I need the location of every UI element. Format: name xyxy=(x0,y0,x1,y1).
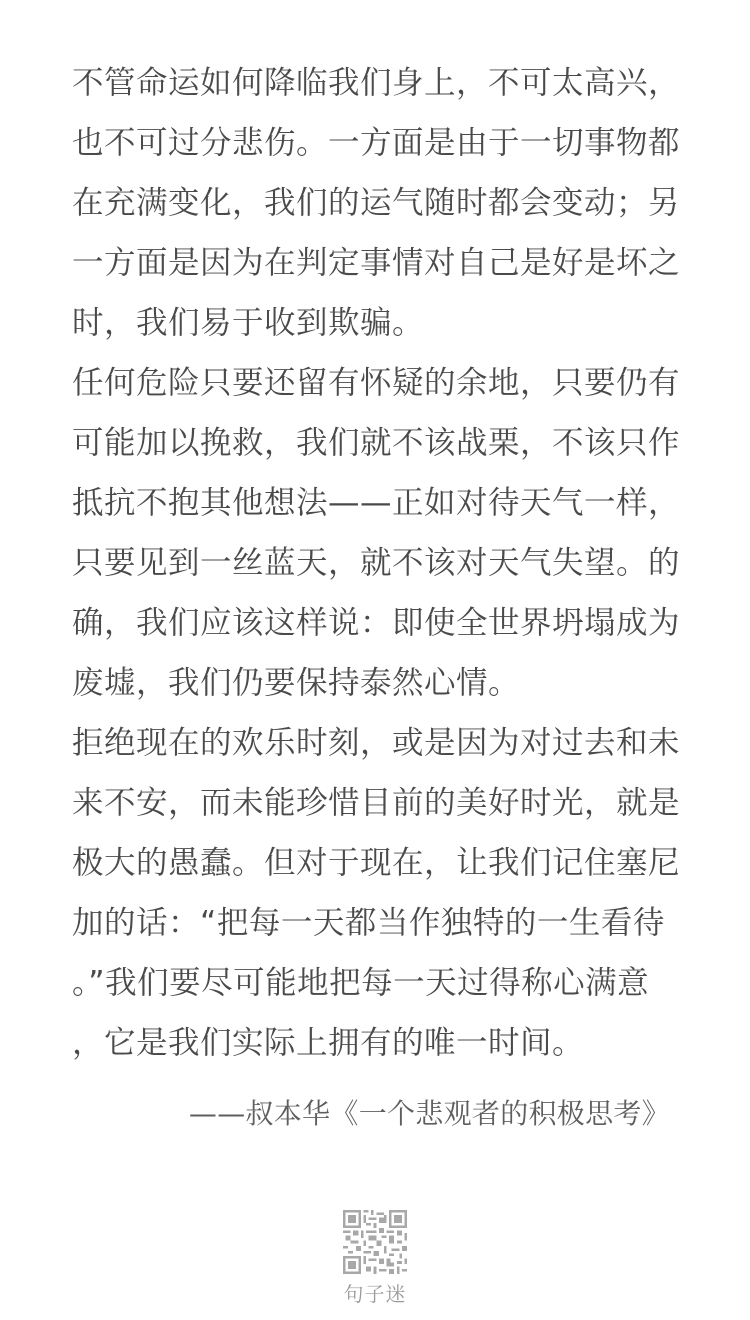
paragraph-2: 任何危险只要还留有怀疑的余地，只要仍有 可能加以挽救，我们就不该战栗，不该只作 … xyxy=(72,353,682,713)
text-line: 加的话：“把每一天都当作独特的一生看待 xyxy=(72,893,682,953)
qr-code-icon xyxy=(343,1210,407,1274)
text-line: 。”我们要尽可能地把每一天过得称心满意 xyxy=(72,953,682,1013)
text-line: 可能加以挽救，我们就不该战栗，不该只作 xyxy=(72,413,682,473)
text-line: 来不安，而未能珍惜目前的美好时光，就是 xyxy=(72,773,682,833)
text-line: 不管命运如何降临我们身上，不可太高兴， xyxy=(72,53,682,113)
paragraph-3: 拒绝现在的欢乐时刻，或是因为对过去和未 来不安，而未能珍惜目前的美好时光，就是 … xyxy=(72,713,682,1073)
text-line: 时，我们易于收到欺骗。 xyxy=(72,293,682,353)
text-line: 在充满变化，我们的运气随时都会变动；另 xyxy=(72,173,682,233)
text-line: 一方面是因为在判定事情对自己是好是坏之 xyxy=(72,233,682,293)
footer-watermark: 句子迷 xyxy=(340,1210,410,1307)
text-line: 废墟，我们仍要保持泰然心情。 xyxy=(72,653,682,713)
text-line: 任何危险只要还留有怀疑的余地，只要仍有 xyxy=(72,353,682,413)
brand-label: 句子迷 xyxy=(340,1278,410,1307)
text-line: 只要见到一丝蓝天，就不该对天气失望。的 xyxy=(72,533,682,593)
text-line: ，它是我们实际上拥有的唯一时间。 xyxy=(72,1013,682,1073)
text-line: 确，我们应该这样说：即使全世界坍塌成为 xyxy=(72,593,682,653)
text-line: 极大的愚蠢。但对于现在，让我们记住塞尼 xyxy=(72,833,682,893)
quote-body: 不管命运如何降临我们身上，不可太高兴， 也不可过分悲伤。一方面是由于一切事物都 … xyxy=(72,53,682,1073)
quote-attribution: ——叔本华《一个悲观者的积极思考》 xyxy=(189,1092,670,1132)
text-line: 抵抗不抱其他想法——正如对待天气一样， xyxy=(72,473,682,533)
text-line: 也不可过分悲伤。一方面是由于一切事物都 xyxy=(72,113,682,173)
text-line: 拒绝现在的欢乐时刻，或是因为对过去和未 xyxy=(72,713,682,773)
paragraph-1: 不管命运如何降临我们身上，不可太高兴， 也不可过分悲伤。一方面是由于一切事物都 … xyxy=(72,53,682,353)
